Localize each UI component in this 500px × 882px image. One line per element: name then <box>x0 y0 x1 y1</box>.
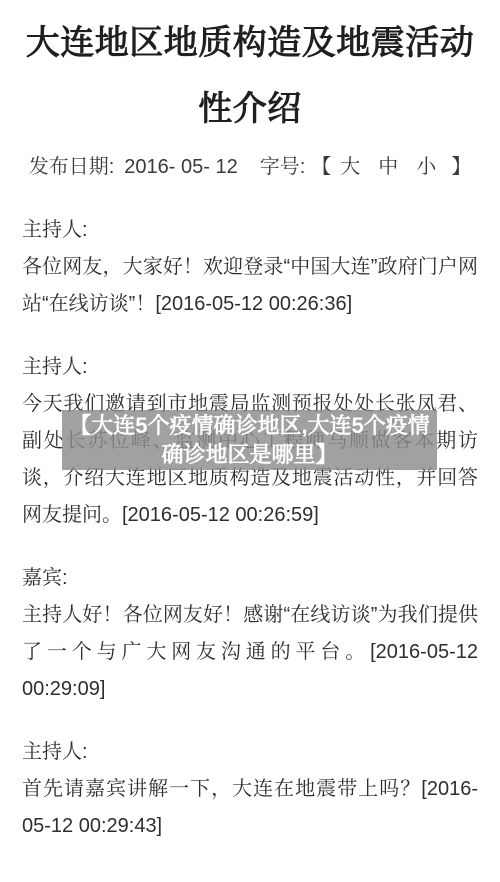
transcript-section: 主持人: 首先请嘉宾讲解一下，大连在地震带上吗？[2016-05-12 00:2… <box>22 734 478 845</box>
speaker-text: 各位网友，大家好！欢迎登录“中国大连”政府门户网站“在线访谈”！[2016-05… <box>22 249 478 323</box>
ad-overlay[interactable]: 【大连5个疫情确诊地区,大连5个疫情确诊地区是哪里】 <box>62 410 437 470</box>
publish-date-value: 2016- 05- 12 <box>124 156 237 178</box>
font-size-option-medium[interactable]: 中 <box>378 156 398 178</box>
article-meta: 发布日期:2016- 05- 12字号:【大中小】 <box>22 148 478 186</box>
transcript: 主持人: 各位网友，大家好！欢迎登录“中国大连”政府门户网站“在线访谈”！[20… <box>22 212 478 845</box>
ad-overlay-text: 【大连5个疫情确诊地区,大连5个疫情确诊地区是哪里】 <box>66 411 433 469</box>
article-page: 大连地区地质构造及地震活动性介绍 发布日期:2016- 05- 12字号:【大中… <box>0 0 500 882</box>
speaker-label: 主持人: <box>22 349 478 386</box>
font-size-label: 字号: <box>260 156 306 178</box>
speaker-label: 主持人: <box>22 734 478 771</box>
transcript-section: 嘉宾: 主持人好！各位网友好！感谢“在线访谈”为我们提供了一个与广大网友沟通的平… <box>22 560 478 708</box>
page-title: 大连地区地质构造及地震活动性介绍 <box>22 10 478 142</box>
speaker-label: 嘉宾: <box>22 560 478 597</box>
speaker-text: 首先请嘉宾讲解一下，大连在地震带上吗？[2016-05-12 00:29:43] <box>22 771 478 845</box>
speaker-text: 主持人好！各位网友好！感谢“在线访谈”为我们提供了一个与广大网友沟通的平台。[2… <box>22 597 478 708</box>
speaker-label: 主持人: <box>22 212 478 249</box>
transcript-section: 主持人: 各位网友，大家好！欢迎登录“中国大连”政府门户网站“在线访谈”！[20… <box>22 212 478 323</box>
font-size-option-large[interactable]: 大 <box>340 156 360 178</box>
font-size-option-small[interactable]: 小 <box>416 156 436 178</box>
font-size-bracket-open: 【 <box>311 156 331 178</box>
font-size-bracket-close: 】 <box>451 156 471 178</box>
publish-date-label: 发布日期: <box>29 156 115 178</box>
